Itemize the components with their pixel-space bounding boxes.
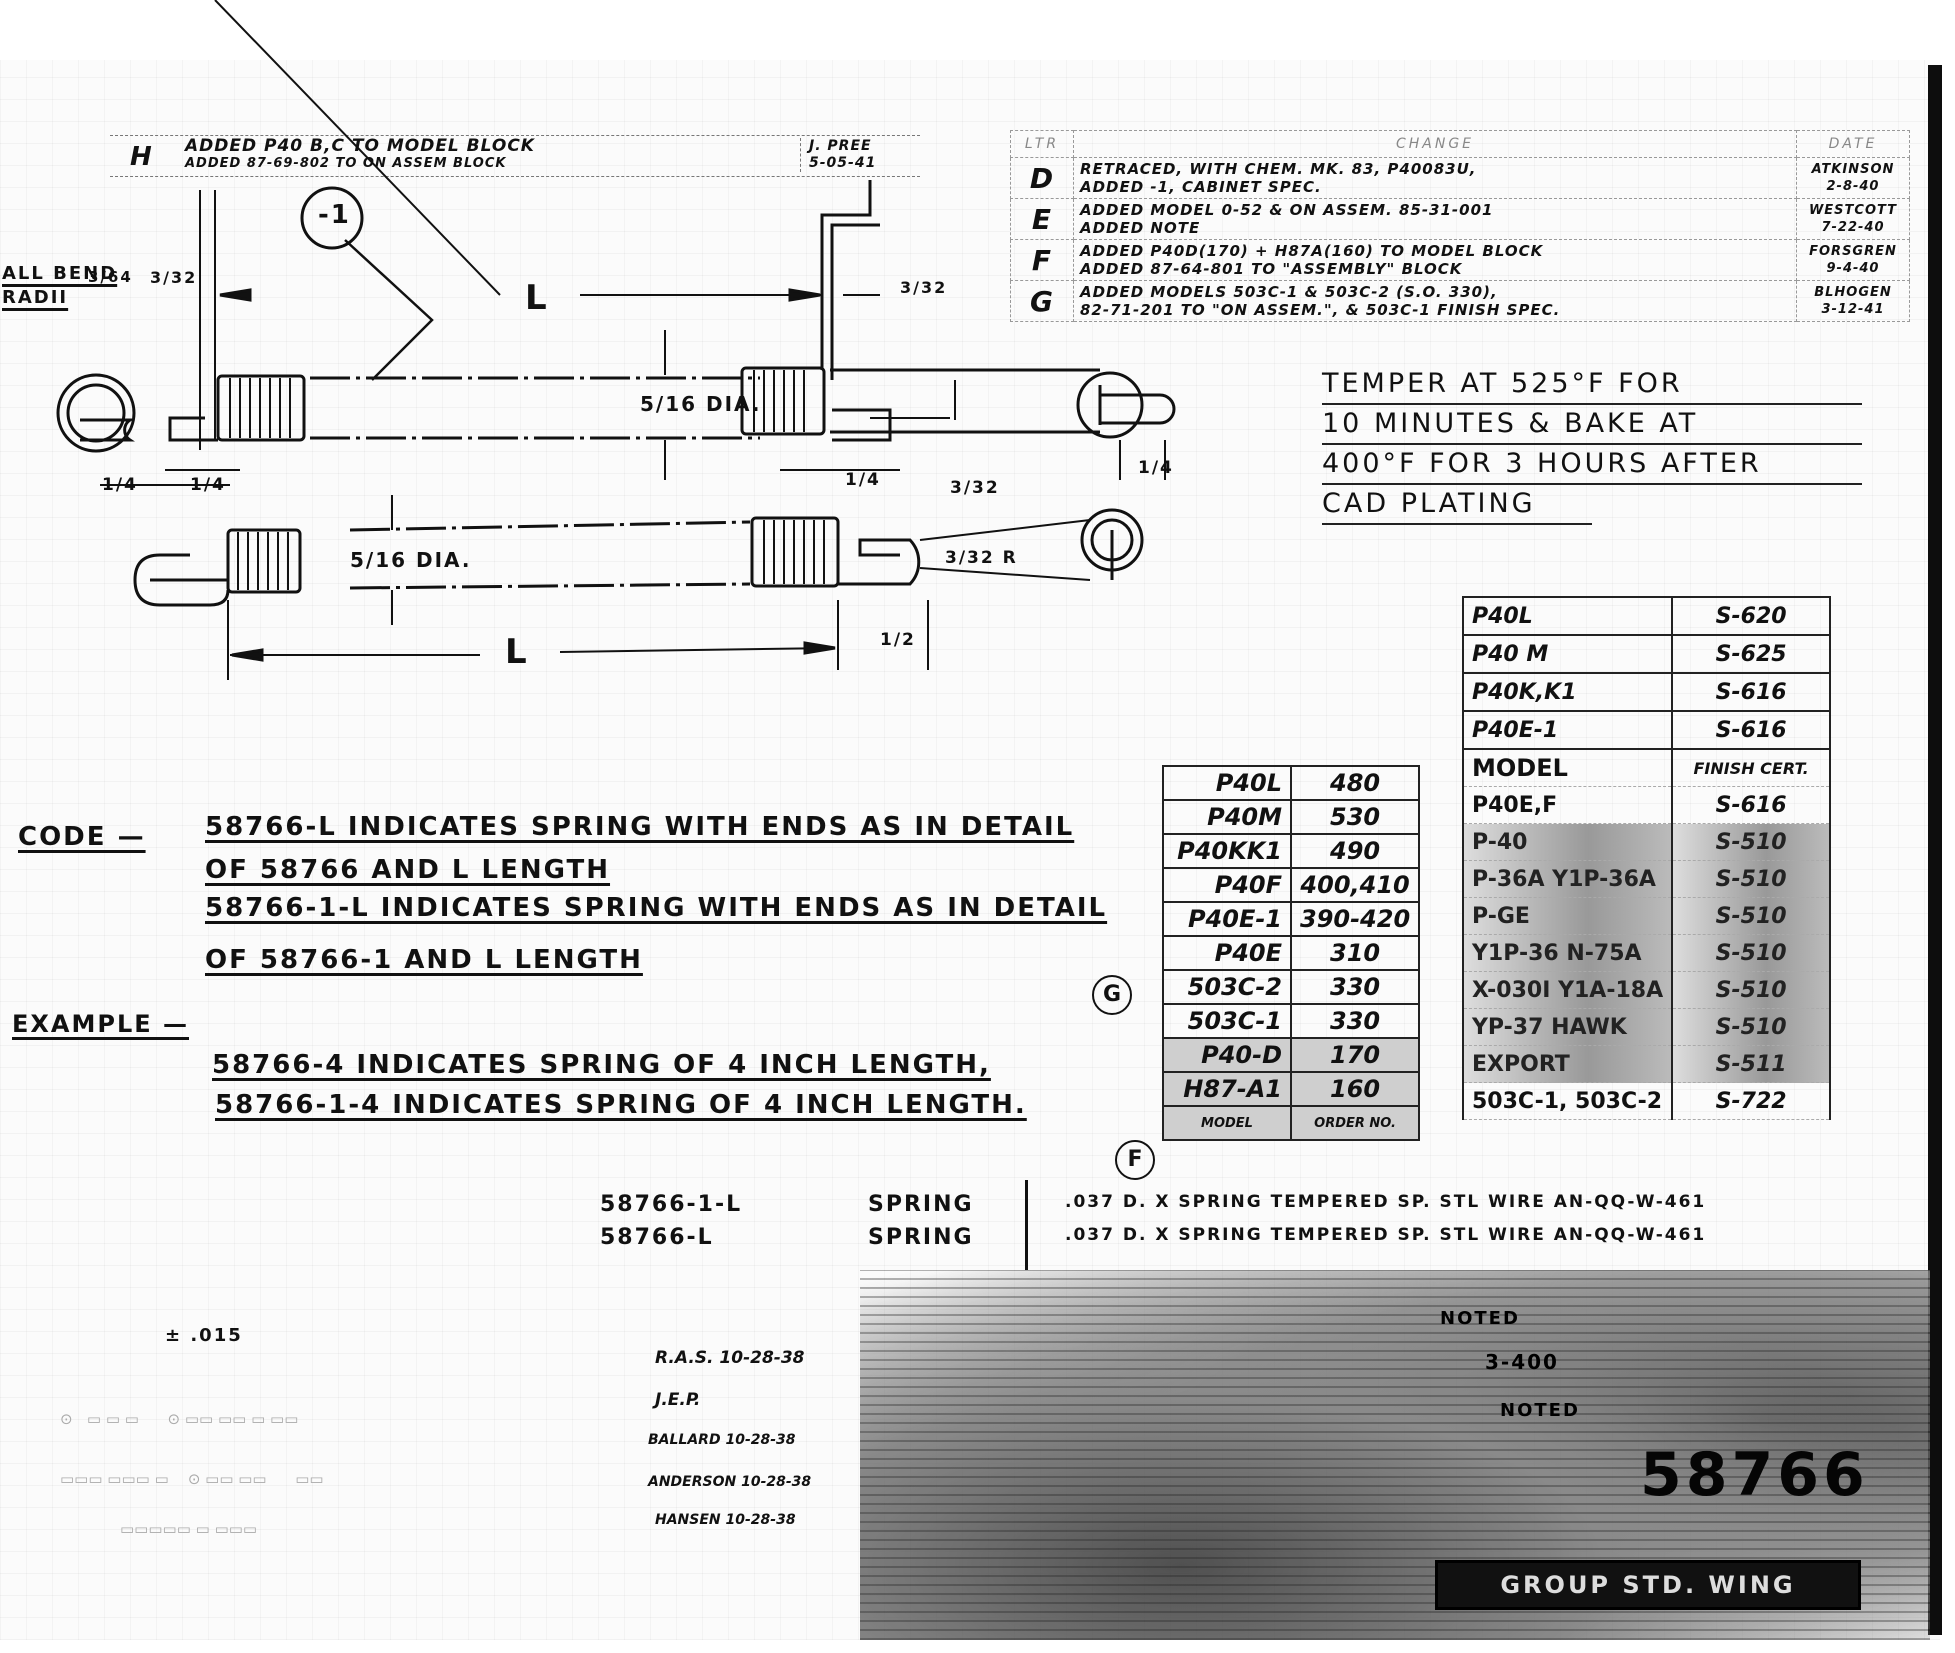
order-model: 503C-2 bbox=[1163, 970, 1291, 1004]
example-line: 58766-4 INDICATES SPRING OF 4 INCH LENGT… bbox=[212, 1050, 991, 1080]
order-model: P40KK1 bbox=[1163, 834, 1291, 868]
example-line: 58766-1-4 INDICATES SPRING OF 4 INCH LEN… bbox=[215, 1090, 1027, 1120]
order-row: P40E310 bbox=[1163, 936, 1419, 970]
group-label: GROUP STD. WING bbox=[1435, 1560, 1861, 1610]
code-label: CODE — bbox=[18, 822, 146, 852]
faint-text: ▭▭▭ ▭▭▭ ▭ ⊙ ▭▭ ▭▭ ▭▭ bbox=[60, 1470, 324, 1488]
bend-radius-value: 3/64 bbox=[88, 268, 133, 286]
order-row: P40L480 bbox=[1163, 766, 1419, 800]
order-value: 160 bbox=[1291, 1072, 1419, 1106]
order-model: P40E bbox=[1163, 936, 1291, 970]
drawing-number: 58766 bbox=[1640, 1440, 1869, 1510]
order-value: 480 bbox=[1291, 766, 1419, 800]
dia-label-lower: 5/16 DIA. bbox=[350, 548, 472, 572]
dia-label-upper: 5/16 DIA. bbox=[640, 392, 762, 416]
order-row: H87-A1160 bbox=[1163, 1072, 1419, 1106]
dim-1-4-c: 1/4 bbox=[845, 470, 881, 490]
signature: R.A.S. 10-28-38 bbox=[655, 1348, 805, 1368]
radius-label: 3/32 R bbox=[945, 548, 1018, 568]
code-line: OF 58766 AND L LENGTH bbox=[205, 855, 610, 885]
tolerance: ± .015 bbox=[165, 1325, 243, 1346]
finish-row: P40 MS-625 bbox=[1463, 635, 1830, 673]
order-model: 503C-1 bbox=[1163, 1004, 1291, 1038]
finish-row: P-36A Y1P-36AS-510 bbox=[1463, 861, 1830, 898]
order-footer: MODELORDER NO. bbox=[1163, 1106, 1419, 1140]
signature: BALLARD 10-28-38 bbox=[648, 1432, 796, 1448]
part-number: 58766-L bbox=[600, 1225, 714, 1250]
finish-row: X-030I Y1A-18AS-510 bbox=[1463, 972, 1830, 1009]
signature: HANSEN 10-28-38 bbox=[655, 1512, 796, 1528]
order-value: 400,410 bbox=[1291, 868, 1419, 902]
finish-row: 503C-1, 503C-2S-722 bbox=[1463, 1083, 1830, 1120]
noted-label-2: NOTED bbox=[1500, 1400, 1580, 1421]
order-model: P40M bbox=[1163, 800, 1291, 834]
order-value: 490 bbox=[1291, 834, 1419, 868]
dim-3-32-a: 3/32 bbox=[150, 268, 197, 287]
order-model: H87-A1 bbox=[1163, 1072, 1291, 1106]
order-row: P40M530 bbox=[1163, 800, 1419, 834]
order-row: 503C-2330 bbox=[1163, 970, 1419, 1004]
order-number-table: P40L480P40M530P40KK1490P40F400,410P40E-1… bbox=[1162, 765, 1420, 1141]
finish-row: P-40S-510 bbox=[1463, 824, 1830, 861]
order-row: P40E-1390-420 bbox=[1163, 902, 1419, 936]
example-label: EXAMPLE — bbox=[12, 1010, 189, 1038]
rev-header-date: DATE bbox=[1797, 131, 1910, 158]
part-name: SPRING bbox=[868, 1225, 974, 1250]
finish-row: P40LS-620 bbox=[1463, 597, 1830, 635]
dim-1-2: 1/2 bbox=[880, 630, 916, 650]
code-line: 58766-L INDICATES SPRING WITH ENDS AS IN… bbox=[205, 812, 1074, 842]
sheet-edge bbox=[1928, 65, 1942, 1635]
part-material: .037 D. X SPRING TEMPERED SP. STL WIRE A… bbox=[1065, 1225, 1706, 1245]
part-number: 58766-1-L bbox=[600, 1192, 742, 1217]
order-value: 390-420 bbox=[1291, 902, 1419, 936]
order-value: 330 bbox=[1291, 970, 1419, 1004]
order-model: P40E-1 bbox=[1163, 902, 1291, 936]
temper-note: TEMPER AT 525°F FOR 10 MINUTES & BAKE AT… bbox=[1322, 365, 1862, 525]
order-row: P40-D170 bbox=[1163, 1038, 1419, 1072]
code-line: OF 58766-1 AND L LENGTH bbox=[205, 945, 643, 975]
dim-L-upper: L bbox=[525, 278, 549, 318]
finish-row: P40E-1S-616 bbox=[1463, 711, 1830, 749]
order-row: P40F400,410 bbox=[1163, 868, 1419, 902]
finish-spec-table: P40LS-620P40 MS-625P40K,K1S-616P40E-1S-6… bbox=[1462, 596, 1831, 1120]
finish-row: Y1P-36 N-75AS-510 bbox=[1463, 935, 1830, 972]
signature: ANDERSON 10-28-38 bbox=[648, 1474, 811, 1490]
callout-dash-1: -1 bbox=[318, 200, 351, 230]
dim-1-4-d: 1/4 bbox=[1138, 458, 1174, 478]
dim-3-32-c: 3/32 bbox=[950, 478, 1000, 498]
order-row: 503C-1330 bbox=[1163, 1004, 1419, 1038]
dim-3-32-b: 3/32 bbox=[900, 278, 947, 297]
order-model: P40L bbox=[1163, 766, 1291, 800]
order-row: P40KK1490 bbox=[1163, 834, 1419, 868]
revision-marker-f: F bbox=[1115, 1140, 1155, 1180]
finish-row: P40E,FS-616 bbox=[1463, 787, 1830, 824]
revision-marker-g: G bbox=[1092, 975, 1132, 1015]
faint-text: ▭▭▭▭▭ ▭ ▭▭▭ bbox=[120, 1520, 257, 1538]
order-value: 330 bbox=[1291, 1004, 1419, 1038]
spring-drawing bbox=[0, 0, 1320, 720]
finish-row: EXPORTS-511 bbox=[1463, 1046, 1830, 1083]
part-name: SPRING bbox=[868, 1192, 974, 1217]
order-value: 310 bbox=[1291, 936, 1419, 970]
dim-1-4-a: 1/4 bbox=[102, 475, 138, 495]
dim-L-lower: L bbox=[505, 632, 529, 672]
order-value: 530 bbox=[1291, 800, 1419, 834]
noted-value: 3-400 bbox=[1485, 1350, 1559, 1374]
finish-header: MODELFINISH CERT. bbox=[1463, 749, 1830, 787]
faint-text: ⊙ ▭ ▭ ▭ ⊙ ▭▭ ▭▭ ▭ ▭▭ bbox=[60, 1410, 298, 1428]
code-line: 58766-1-L INDICATES SPRING WITH ENDS AS … bbox=[205, 893, 1107, 923]
signature: J.E.P. bbox=[655, 1390, 700, 1410]
finish-row: P40K,K1S-616 bbox=[1463, 673, 1830, 711]
order-model: P40-D bbox=[1163, 1038, 1291, 1072]
order-model: P40F bbox=[1163, 868, 1291, 902]
part-material: .037 D. X SPRING TEMPERED SP. STL WIRE A… bbox=[1065, 1192, 1706, 1212]
finish-row: P-GES-510 bbox=[1463, 898, 1830, 935]
order-value: 170 bbox=[1291, 1038, 1419, 1072]
finish-row: YP-37 HAWKS-510 bbox=[1463, 1009, 1830, 1046]
dim-1-4-b: 1/4 bbox=[190, 475, 226, 495]
noted-label-1: NOTED bbox=[1440, 1308, 1520, 1329]
